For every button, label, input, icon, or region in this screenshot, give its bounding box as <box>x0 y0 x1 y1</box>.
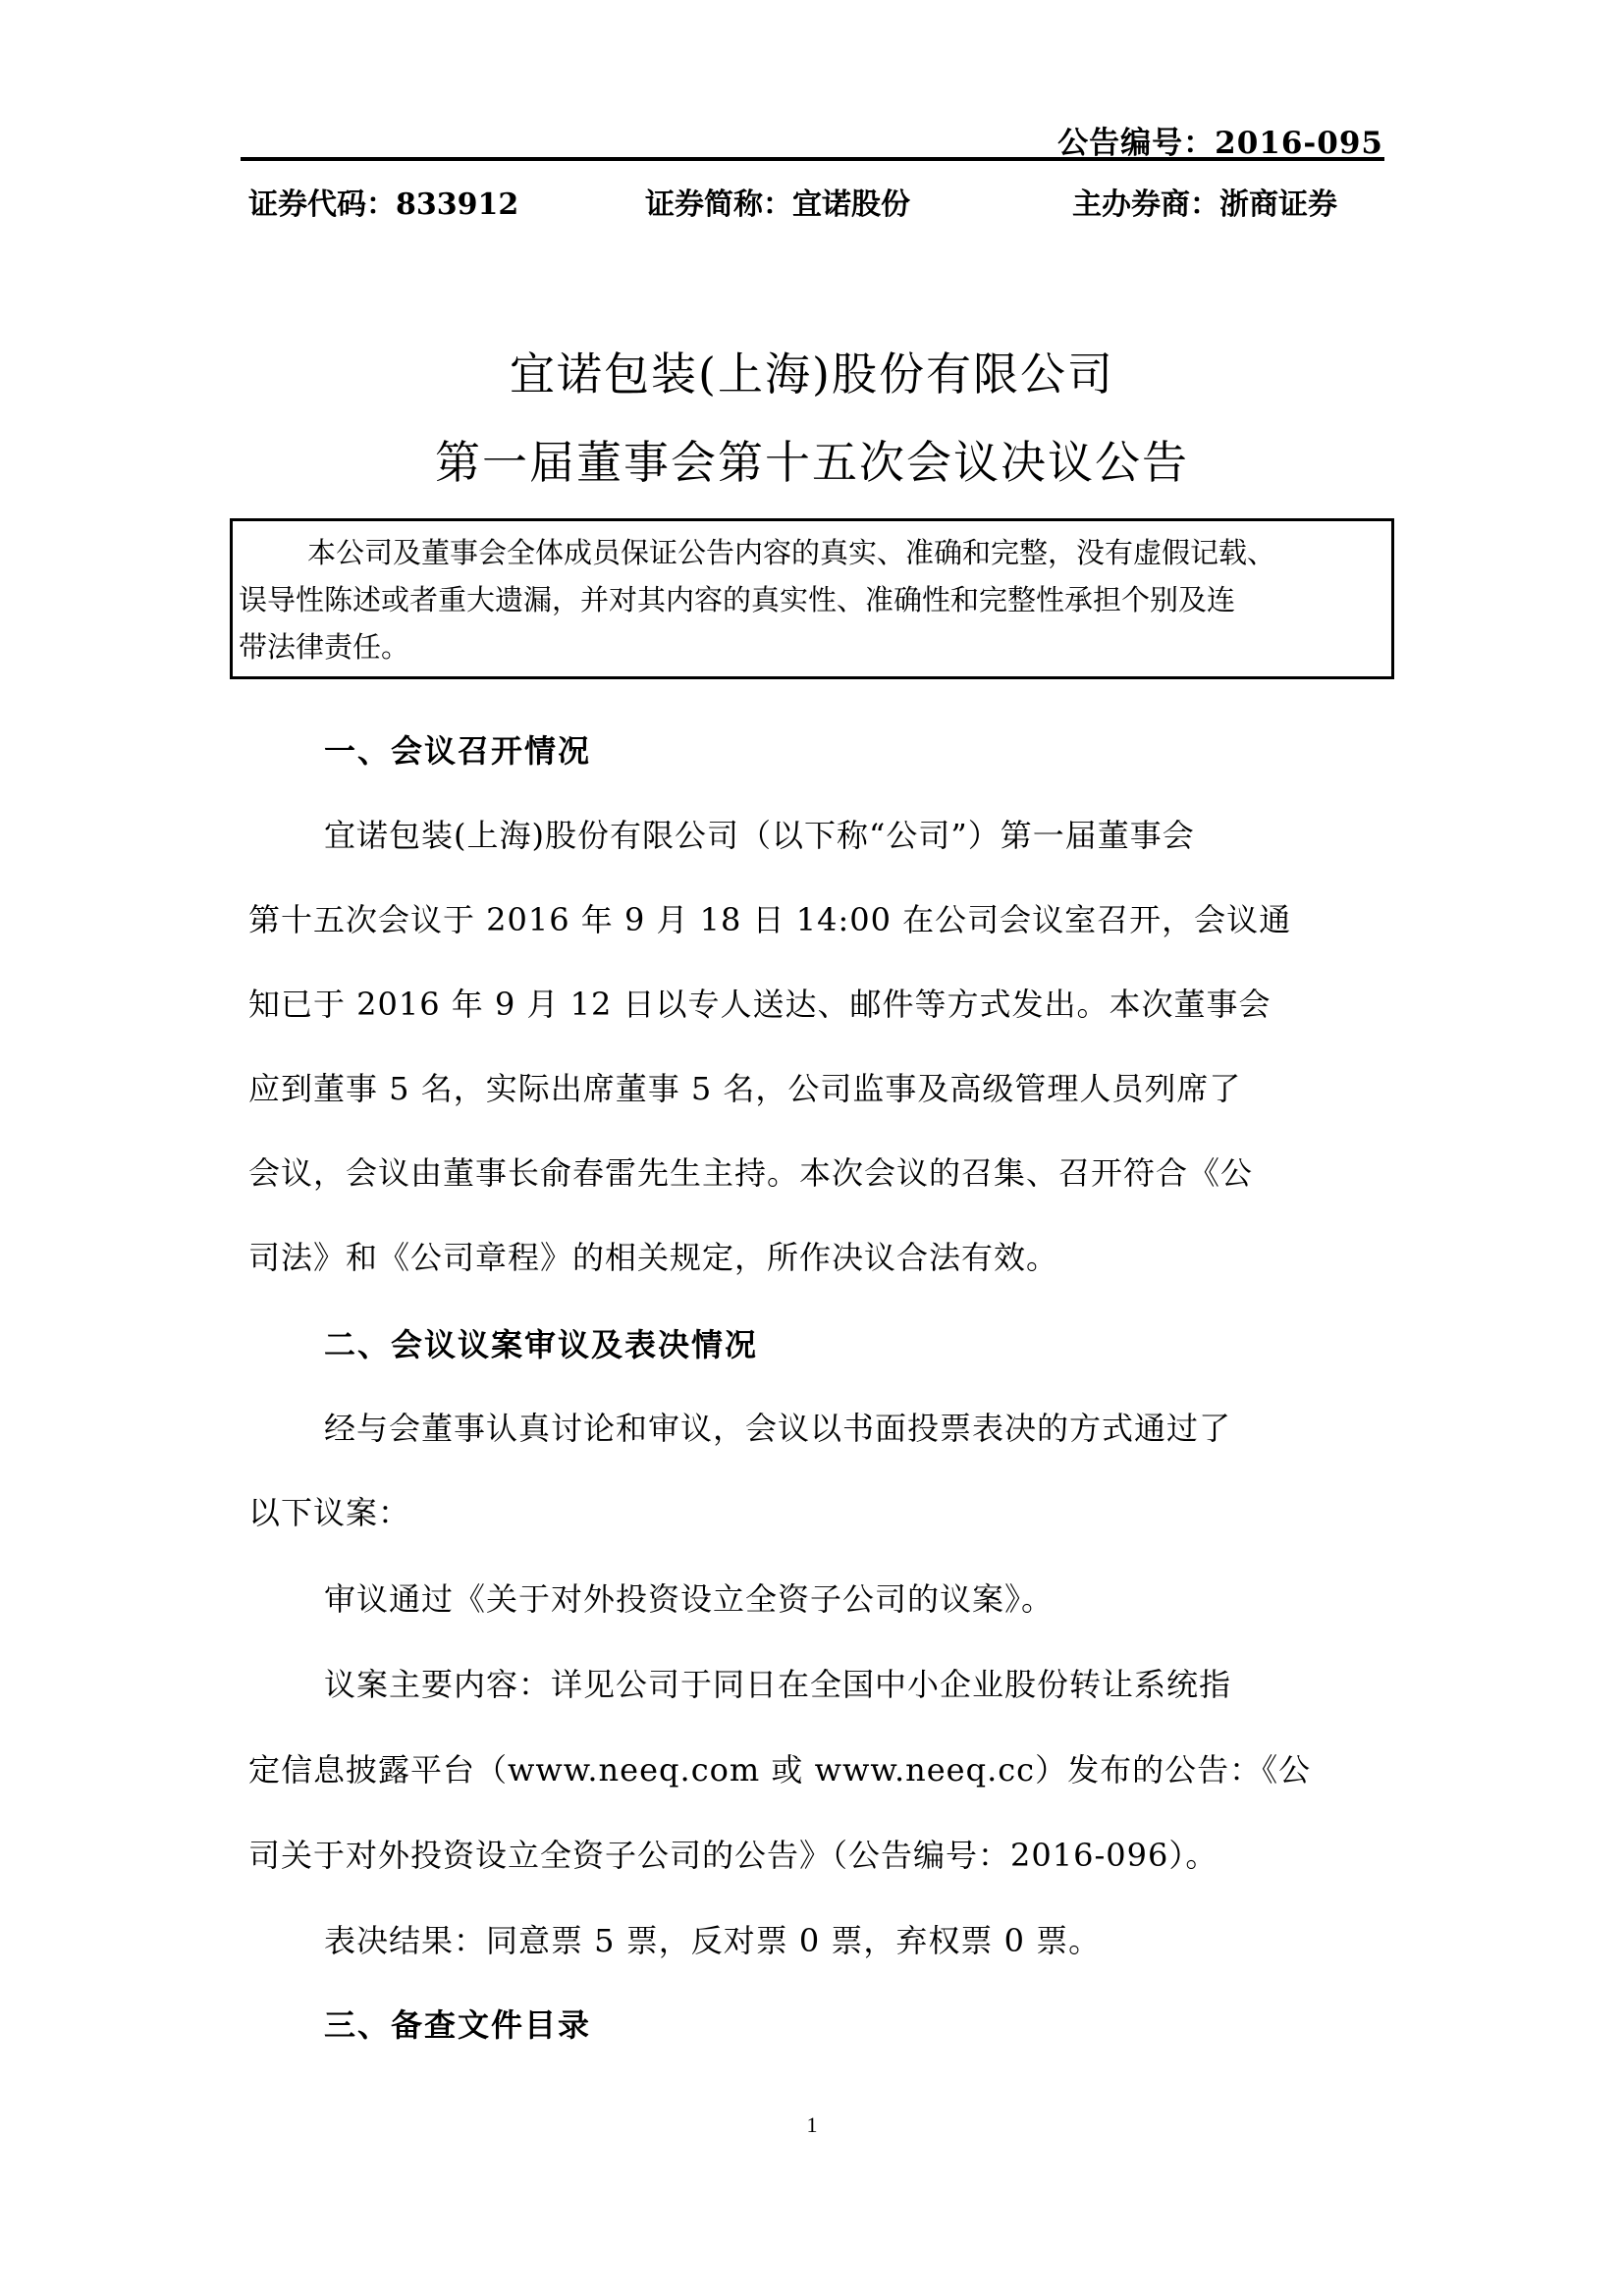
body-line: 会议，会议由董事长俞春雷先生主持。本次会议的召集、召开符合《公 <box>248 1148 1253 1194</box>
securities-info-row: 证券代码：833912 证券简称：宜诺股份 主办券商：浙商证券 <box>241 180 1384 223</box>
lead-broker: 主办券商：浙商证券 <box>1072 180 1337 223</box>
body-line: 以下议案： <box>248 1488 410 1533</box>
section-heading-1: 一、会议召开情况 <box>324 726 591 772</box>
disclaimer-box: 本公司及董事会全体成员保证公告内容的真实、准确和完整，没有虚假记载、 误导性陈述… <box>230 518 1394 679</box>
header-rule <box>241 157 1384 161</box>
body-line: 知已于 2016 年 9 月 12 日以专人送达、邮件等方式发出。本次董事会 <box>248 980 1272 1025</box>
resolution-title-line: 审议通过《关于对外投资设立全资子公司的议案》。 <box>324 1575 1054 1620</box>
securities-code: 证券代码：833912 <box>248 180 518 223</box>
body-line: 定信息披露平台（www.neeq.com 或 www.neeq.cc）发布的公告… <box>248 1745 1311 1790</box>
body-line: 应到董事 5 名，实际出席董事 5 名，公司监事及高级管理人员列席了 <box>248 1064 1241 1109</box>
body-line: 经与会董事认真讨论和审议，会议以书面投票表决的方式通过了 <box>324 1404 1231 1449</box>
page-number: 1 <box>0 2112 1624 2138</box>
vote-result-line: 表决结果：同意票 5 票，反对票 0 票，弃权票 0 票。 <box>324 1916 1101 1961</box>
body-line: 议案主要内容：详见公司于同日在全国中小企业股份转让系统指 <box>324 1660 1231 1705</box>
section-heading-3: 三、备查文件目录 <box>324 2001 591 2046</box>
announcement-number: 公告编号：2016-095 <box>1057 118 1383 162</box>
body-line: 司关于对外投资设立全资子公司的公告》（公告编号：2016-096）。 <box>248 1831 1218 1876</box>
company-name-title: 宜诺包装(上海)股份有限公司 <box>0 339 1624 403</box>
body-line: 第十五次会议于 2016 年 9 月 18 日 14:00 在公司会议室召开，会… <box>248 895 1291 940</box>
section-heading-2: 二、会议议案审议及表决情况 <box>324 1320 758 1365</box>
announcement-title: 第一届董事会第十五次会议决议公告 <box>0 427 1624 492</box>
securities-short-name: 证券简称：宜诺股份 <box>645 180 910 223</box>
disclaimer-line: 误导性陈述或者重大遗漏，并对其内容的真实性、准确性和完整性承担个别及连 <box>239 578 1235 618</box>
disclaimer-line: 本公司及董事会全体成员保证公告内容的真实、准确和完整，没有虚假记载、 <box>307 531 1275 571</box>
disclaimer-line: 带法律责任。 <box>239 625 409 666</box>
body-line: 司法》和《公司章程》的相关规定，所作决议合法有效。 <box>248 1233 1058 1278</box>
body-line: 宜诺包装(上海)股份有限公司（以下称“公司”）第一届董事会 <box>324 811 1195 856</box>
